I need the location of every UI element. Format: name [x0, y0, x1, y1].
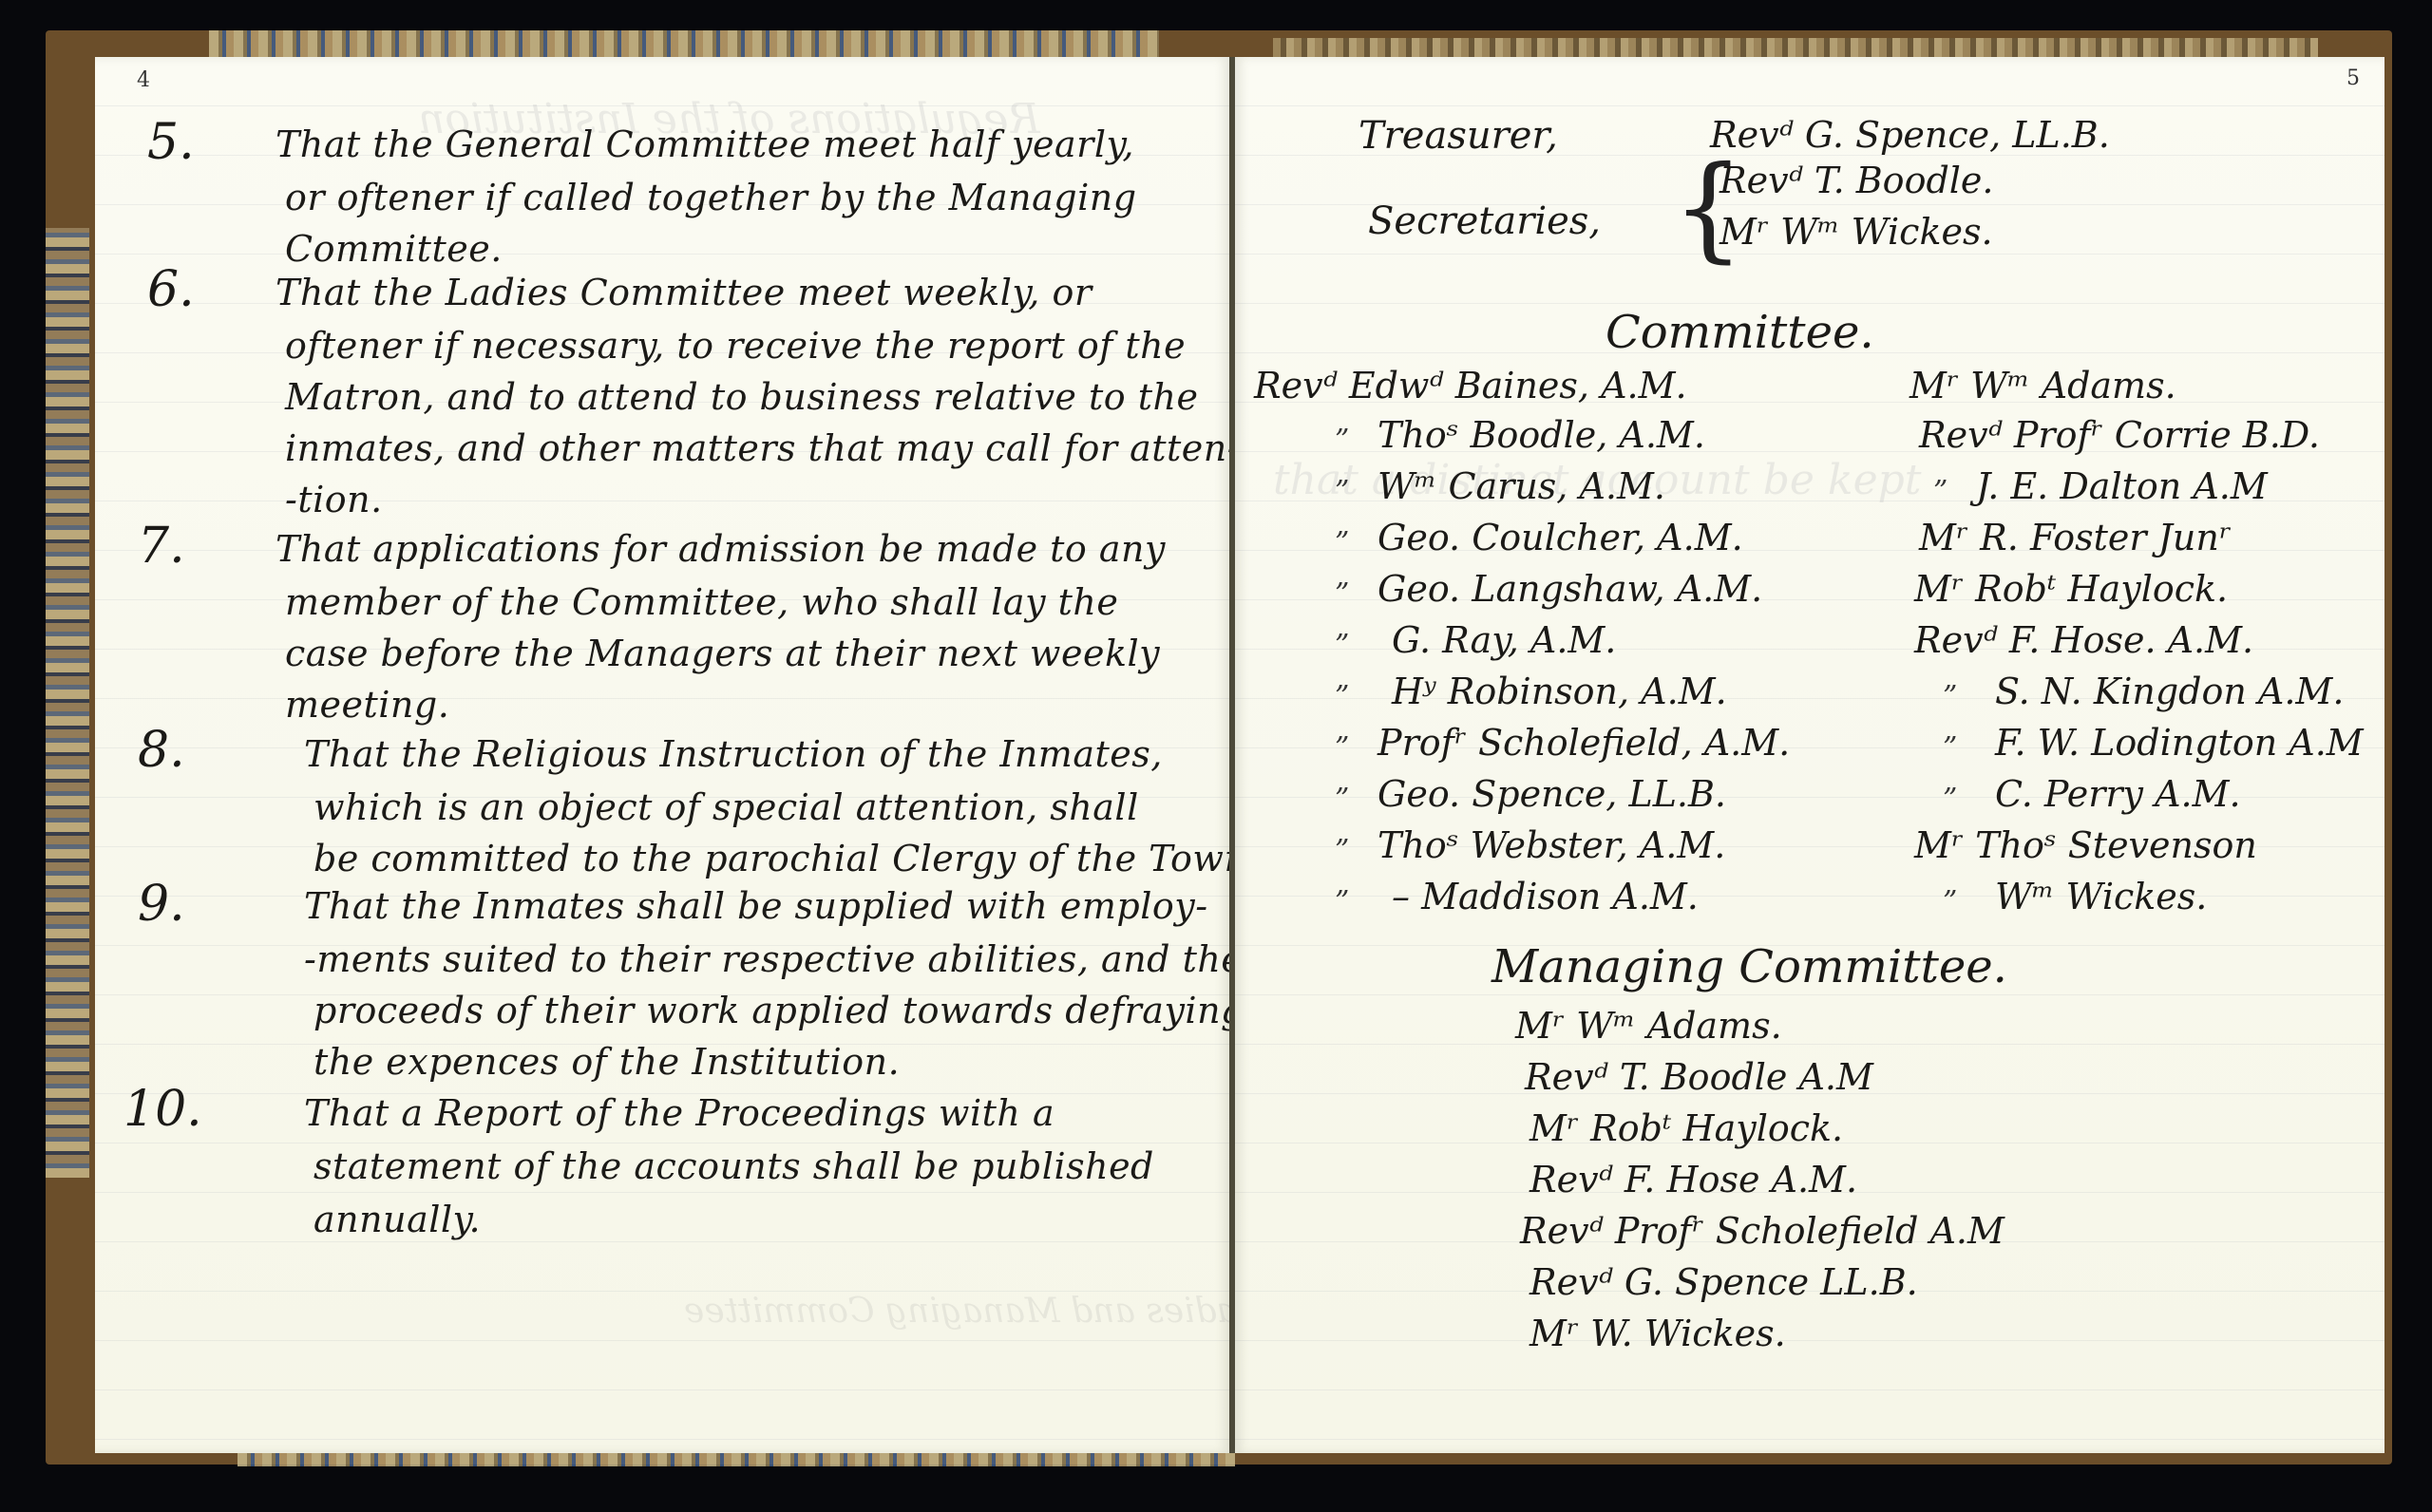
managing-committee-member: Revᵈ T. Boodle A.M — [1525, 1056, 1873, 1098]
rule-text-line: case before the Managers at their next w… — [285, 633, 1160, 674]
committee-member: J. E. Dalton A.M — [1976, 465, 2268, 507]
rule-number: 8. — [138, 722, 185, 779]
page-number: 4 — [137, 68, 150, 92]
rule-text-line: That applications for admission be made … — [275, 528, 1166, 570]
committee-member: Geo. Langshaw, A.M. — [1377, 568, 1762, 610]
ditto-mark: ” — [1943, 680, 1957, 713]
secretary-name: Mʳ Wᵐ Wickes. — [1719, 211, 1993, 253]
committee-member: G. Ray, A.M. — [1392, 619, 1616, 661]
rule-text-line: oftener if necessary, to receive the rep… — [285, 325, 1186, 367]
committee-member: Mʳ R. Foster Junʳ — [1919, 517, 2232, 558]
committee-member: C. Perry A.M. — [1995, 773, 2241, 815]
ditto-mark: ” — [1335, 834, 1349, 867]
rule-text-line: Matron, and to attend to business relati… — [285, 376, 1198, 418]
ditto-mark: ” — [1335, 577, 1349, 611]
bleed-through-text: Ladies and Managing Committee — [684, 1292, 1260, 1331]
secretaries-label: Secretaries, — [1368, 199, 1601, 243]
rule-number: 10. — [123, 1081, 202, 1138]
rule-text-line: That a Report of the Proceedings with a — [304, 1092, 1054, 1134]
right-page: that a distinct account be kept 5 Treasu… — [1235, 57, 2384, 1453]
committee-member: Mʳ Thoˢ Stevenson — [1914, 824, 2257, 866]
managing-committee-member: Mʳ Robᵗ Haylock. — [1529, 1107, 1843, 1149]
committee-member: Revᵈ F. Hose. A.M. — [1914, 619, 2253, 661]
committee-member: Mʳ Wᵐ Adams. — [1909, 365, 2176, 406]
committee-heading: Committee. — [1605, 306, 1874, 359]
rule-text-line: the expences of the Institution. — [313, 1041, 900, 1083]
committee-member: Wᵐ Wickes. — [1995, 876, 2207, 917]
page-number: 5 — [2346, 66, 2360, 90]
treasurer-label: Treasurer, — [1358, 114, 1558, 158]
rule-number: 7. — [138, 518, 185, 575]
managing-committee-member: Revᵈ Profʳ Scholefield A.M — [1520, 1210, 2004, 1252]
committee-member: F. W. Lodington A.M — [1995, 722, 2364, 764]
committee-member: Thoˢ Boodle, A.M. — [1377, 414, 1705, 456]
treasurer-name: Revᵈ G. Spence, LL.B. — [1710, 114, 2110, 156]
committee-member: Geo. Coulcher, A.M. — [1377, 517, 1743, 558]
rule-text-line: That the Religious Instruction of the In… — [304, 733, 1163, 775]
left-page: Regulations of the Institution 4 5. That… — [95, 57, 1229, 1453]
ditto-mark: ” — [1335, 424, 1349, 457]
rule-text-line: -tion. — [285, 479, 383, 520]
committee-member: – Maddison A.M. — [1392, 876, 1699, 917]
ditto-mark: ” — [1943, 731, 1957, 765]
marbled-edge-top-right — [1273, 38, 2318, 57]
rule-number: 6. — [147, 261, 195, 318]
committee-member: Geo. Spence, LL.B. — [1377, 773, 1726, 815]
managing-committee-member: Mʳ Wᵐ Adams. — [1515, 1005, 1782, 1047]
ditto-mark: ” — [1943, 783, 1957, 816]
rule-text-line: That the Ladies Committee meet weekly, o… — [275, 272, 1092, 313]
ditto-mark: ” — [1335, 885, 1349, 918]
rule-text-line: proceeds of their work applied towards d… — [313, 990, 1244, 1031]
managing-committee-member: Revᵈ F. Hose A.M. — [1529, 1159, 1857, 1200]
rule-text-line: Committee. — [285, 228, 503, 270]
committee-member: Revᵈ Profʳ Corrie B.D. — [1919, 414, 2320, 456]
ditto-mark: ” — [1335, 475, 1349, 508]
ditto-mark: ” — [1335, 629, 1349, 662]
rule-number: 5. — [147, 114, 195, 171]
rule-text-line: -ments suited to their respective abilit… — [304, 938, 1243, 980]
committee-member: Revᵈ Edwᵈ Baines, A.M. — [1254, 365, 1687, 406]
rule-text-line: inmates, and other matters that may call… — [285, 427, 1240, 469]
rule-text-line: That the Inmates shall be supplied with … — [304, 885, 1208, 927]
marbled-edge-bottom — [237, 1453, 1235, 1466]
committee-member: Wᵐ Carus, A.M. — [1377, 465, 1665, 507]
rule-text-line: member of the Committee, who shall lay t… — [285, 581, 1118, 623]
committee-member: Hʸ Robinson, A.M. — [1392, 671, 1727, 712]
rule-text-line: annually. — [313, 1199, 481, 1240]
ditto-mark: ” — [1943, 885, 1957, 918]
committee-member: Mʳ Robᵗ Haylock. — [1914, 568, 2228, 610]
committee-member: Thoˢ Webster, A.M. — [1377, 824, 1725, 866]
rule-text-line: That the General Committee meet half yea… — [275, 123, 1134, 165]
rule-text-line: or oftener if called together by the Man… — [285, 177, 1137, 218]
marbled-edge-left — [46, 228, 89, 1178]
managing-committee-heading: Managing Committee. — [1491, 940, 2007, 993]
ditto-mark: ” — [1335, 526, 1349, 559]
rule-text-line: statement of the accounts shall be publi… — [313, 1145, 1154, 1187]
secretary-name: Revᵈ T. Boodle. — [1719, 160, 1994, 201]
ditto-mark: ” — [1335, 731, 1349, 765]
ditto-mark: ” — [1335, 680, 1349, 713]
rule-text-line: be committed to the parochial Clergy of … — [313, 838, 1260, 879]
ditto-mark: ” — [1335, 783, 1349, 816]
managing-committee-member: Revᵈ G. Spence LL.B. — [1529, 1261, 1918, 1303]
committee-member: S. N. Kingdon A.M. — [1995, 671, 2344, 712]
rule-number: 9. — [138, 876, 185, 933]
managing-committee-member: Mʳ W. Wickes. — [1529, 1313, 1786, 1354]
ditto-mark: ” — [1933, 475, 1947, 508]
marbled-edge-top-left — [209, 30, 1159, 57]
rule-text-line: which is an object of special attention,… — [313, 786, 1139, 828]
rule-text-line: meeting. — [285, 684, 449, 726]
committee-member: Profʳ Scholefield, A.M. — [1377, 722, 1790, 764]
